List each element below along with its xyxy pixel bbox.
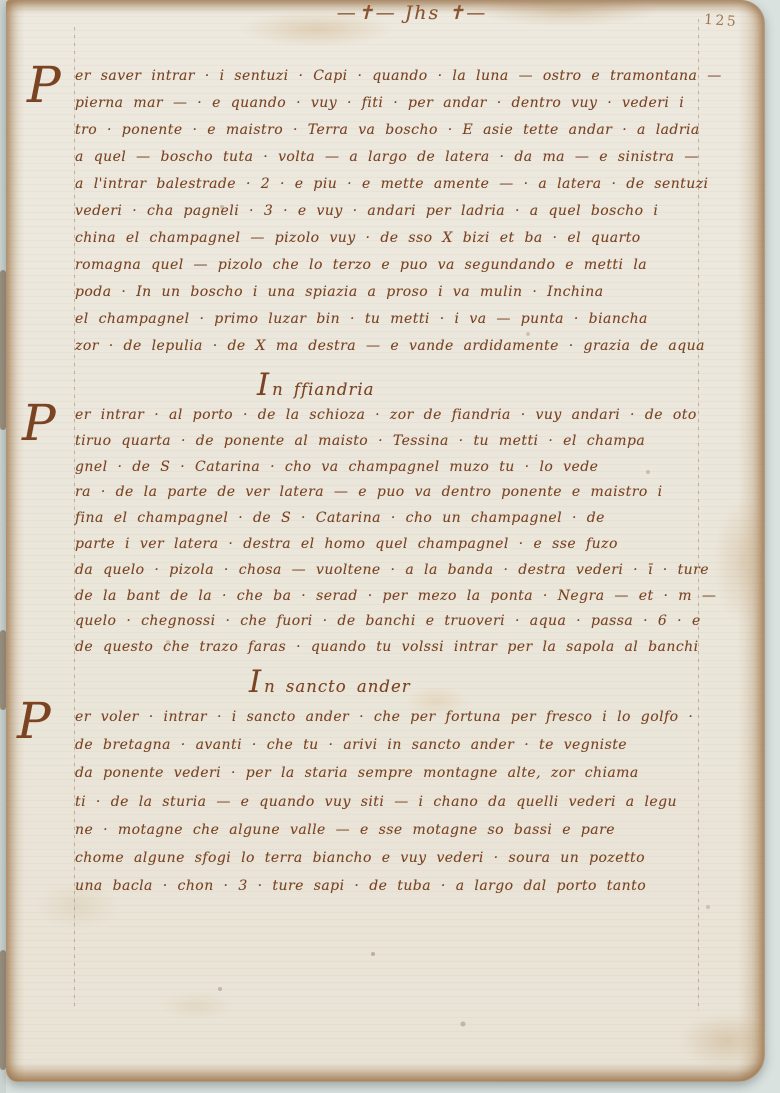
text-line: zor · de lepulia · de X ma destra — e va… [75, 333, 730, 360]
manuscript-page: —✝— Jhs ✝— 125 P er saver intrar · i sen… [6, 0, 765, 1082]
text-line: romagna quel — pizolo che lo terzo e puo… [75, 252, 730, 279]
paragraph-initial: P [22, 401, 56, 446]
text-line: poda · In un boscho i una spiazia a pros… [75, 279, 730, 306]
paragraph-initial: P [17, 699, 51, 744]
text-line: er saver intrar · i sentuzi · Capi · qua… [75, 63, 730, 90]
text-line: chome algune sfogi lo terra biancho e vu… [75, 844, 730, 872]
text-line: tiruo quarta · de ponente al maisto · Te… [75, 429, 730, 455]
text-line: ra · de la parte de ver latera — e puo v… [75, 480, 730, 506]
text-line: china el champagnel — pizolo vuy · de ss… [75, 225, 730, 252]
text-line: da ponente vederi · per la staria sempre… [75, 759, 730, 787]
foxing-specks [7, 1, 9, 3]
text-line: de questo che trazo faras · quando tu vo… [75, 635, 730, 661]
text-line: de bretagna · avanti · che tu · arivi in… [75, 731, 730, 759]
text-line: a quel — boscho tuta · volta — a largo d… [75, 144, 730, 171]
paragraph-schioza: er intrar · al porto · de la schioza · z… [75, 403, 730, 661]
text-line: tro · ponente · e maistro · Terra va bos… [75, 117, 730, 144]
paragraph-sancto-ander: er voler · intrar · i sancto ander · che… [75, 703, 730, 900]
text-line: er intrar · al porto · de la schioza · z… [75, 403, 730, 429]
text-line: ne · motagne che algune valle — e sse mo… [75, 816, 730, 844]
text-line: una bacla · chon · 3 · ture sapi · de tu… [75, 872, 730, 900]
paragraph-initial: P [27, 63, 61, 108]
text-line: vederi · cha pagneli · 3 · e vuy · andar… [75, 198, 730, 225]
text-line: da quelo · pizola · chosa — vuoltene · a… [75, 558, 730, 584]
section-heading-fiandria: In ffiandria [257, 368, 374, 403]
folio-number: 125 [703, 12, 738, 30]
text-line: quelo · chegnossi · che fuori · de banch… [75, 609, 730, 635]
section-heading-sancto-ander: In sancto ander [249, 665, 411, 700]
text-line: fina el champagnel · de S · Catarina · c… [75, 506, 730, 532]
text-line: de la bant de la · che ba · serad · per … [75, 584, 730, 610]
text-line: a l'intrar balestrade · 2 · e piu · e me… [75, 171, 730, 198]
text-line: ti · de la sturia — e quando vuy siti — … [75, 788, 730, 816]
text-line: gnel · de S · Catarina · cho va champagn… [75, 455, 730, 481]
text-line: el champagnel · primo luzar bin · tu met… [75, 306, 730, 333]
text-line: pierna mar — · e quando · vuy · fiti · p… [75, 90, 730, 117]
paragraph-sentuzi: er saver intrar · i sentuzi · Capi · qua… [75, 63, 730, 360]
text-line: er voler · intrar · i sancto ander · che… [75, 703, 730, 731]
text-line: parte i ver latera · destra el homo quel… [75, 532, 730, 558]
invocation-header: —✝— Jhs ✝— [297, 2, 527, 24]
